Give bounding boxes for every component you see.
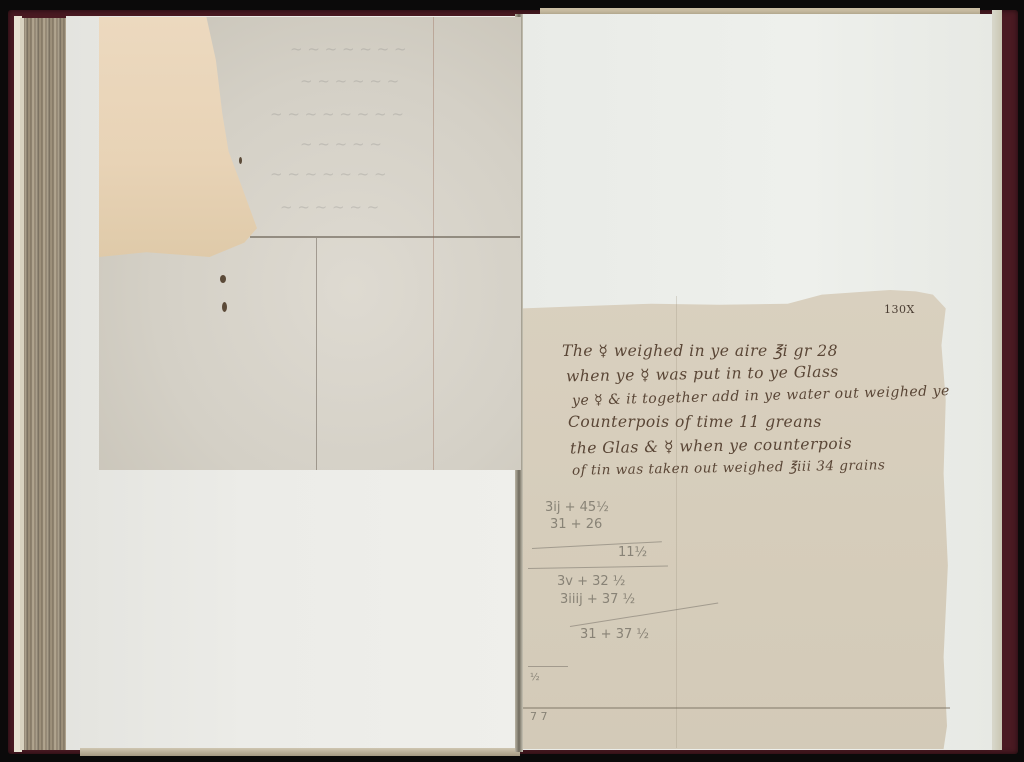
handwriting-line: The ☿ weighed in ye aire ℥i gr 28 bbox=[562, 342, 838, 360]
handwriting-line: Counterpois of time 11 greans bbox=[568, 413, 822, 431]
ghost-handwriting-line: ~ ~ ~ ~ ~ ~ ~ ~ bbox=[270, 105, 404, 123]
pencil-calculation: 7 7 bbox=[530, 710, 548, 723]
fold-line-vertical bbox=[676, 296, 677, 748]
ghost-handwriting-line: ~ ~ ~ ~ ~ ~ bbox=[280, 198, 379, 216]
pencil-calculation: 3v + 32 ½ bbox=[557, 574, 625, 589]
fold-line-horizontal bbox=[250, 236, 520, 238]
page-bottom-edge bbox=[80, 748, 520, 756]
ink-blot bbox=[239, 157, 242, 164]
pencil-calculation: 3ij + 45½ bbox=[545, 500, 609, 515]
fold-line-vertical-faint bbox=[433, 17, 434, 470]
ghost-handwriting-line: ~ ~ ~ ~ ~ bbox=[300, 135, 382, 153]
fold-line-horizontal bbox=[523, 707, 950, 709]
pencil-rule bbox=[528, 666, 568, 667]
right-page-fore-edge bbox=[992, 10, 1002, 750]
pencil-calculation: 3iiij + 37 ½ bbox=[560, 592, 635, 607]
fold-line-vertical bbox=[316, 238, 317, 470]
pencil-calculation: 11½ bbox=[618, 545, 647, 560]
text-block-edge bbox=[20, 18, 70, 750]
ink-blot bbox=[222, 302, 227, 312]
pencil-calculation: ½ bbox=[530, 672, 540, 683]
ghost-handwriting-line: ~ ~ ~ ~ ~ ~ bbox=[300, 72, 399, 90]
folio-number: 130X bbox=[884, 303, 915, 316]
pencil-calculation: 31 + 37 ½ bbox=[580, 627, 649, 642]
pencil-calculation: 31 + 26 bbox=[550, 517, 602, 532]
ghost-handwriting-line: ~ ~ ~ ~ ~ ~ ~ bbox=[290, 40, 407, 58]
ghost-handwriting-line: ~ ~ ~ ~ ~ ~ ~ bbox=[270, 165, 387, 183]
ink-blot bbox=[220, 275, 226, 283]
